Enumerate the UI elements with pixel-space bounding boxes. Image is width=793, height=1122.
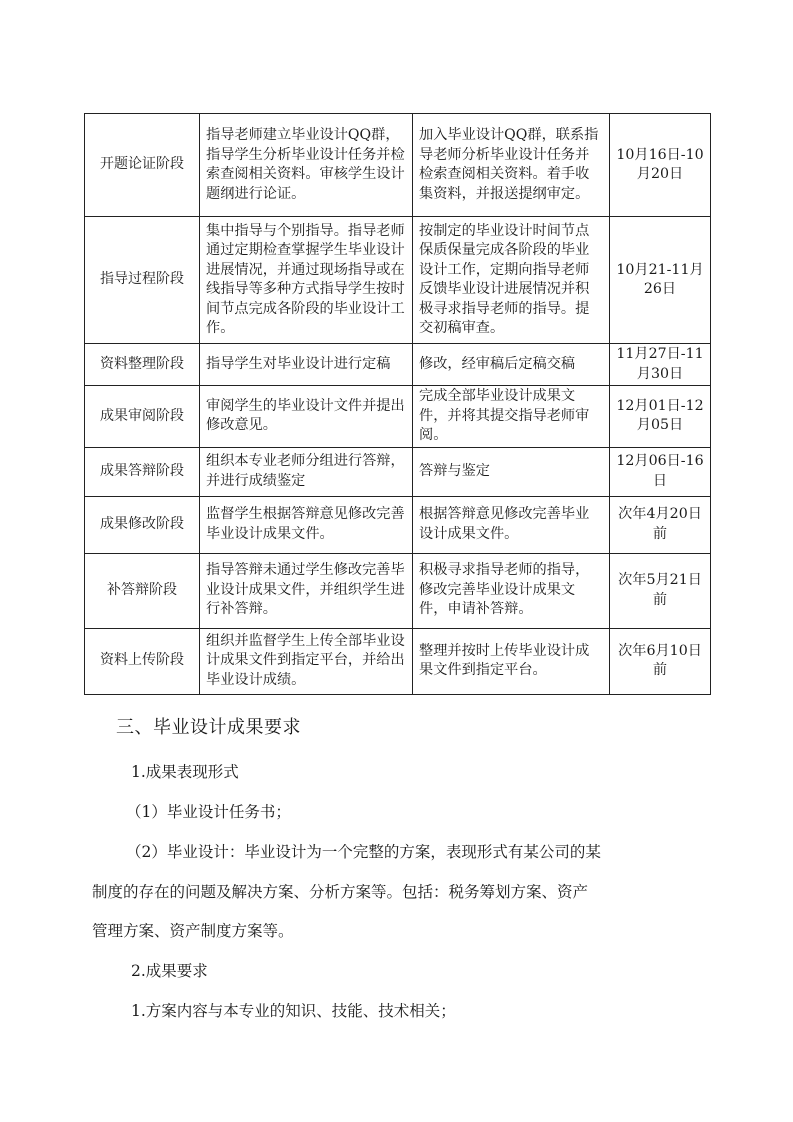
section-heading: 三、毕业设计成果要求 <box>116 713 301 739</box>
table-row: 资料上传阶段 组织并监督学生上传全部毕业设计成果文件到指定平台，并给出毕业设计成… <box>85 628 711 694</box>
table-row: 成果修改阶段 监督学生根据答辩意见修改完善毕业设计成果文件。 根据答辩意见修改完… <box>85 496 711 553</box>
student-task-cell: 修改，经审稿后定稿交稿 <box>413 344 610 386</box>
stage-cell: 指导过程阶段 <box>85 217 200 344</box>
stage-cell: 成果修改阶段 <box>85 496 200 553</box>
stage-cell: 成果审阅阶段 <box>85 386 200 448</box>
table-row: 补答辩阶段 指导答辩未通过学生修改完善毕业设计成果文件，并组织学生进行补答辩。 … <box>85 553 711 628</box>
time-cell: 次年4月20日前 <box>610 496 711 553</box>
time-cell: 次年5月21日前 <box>610 553 711 628</box>
stage-cell: 补答辩阶段 <box>85 553 200 628</box>
time-cell: 12月01日-12月05日 <box>610 386 711 448</box>
teacher-task-cell: 监督学生根据答辩意见修改完善毕业设计成果文件。 <box>200 496 413 553</box>
schedule-table: 开题论证阶段 指导老师建立毕业设计QQ群，指导学生分析毕业设计任务并检索查阅相关… <box>84 113 711 695</box>
table-row: 资料整理阶段 指导学生对毕业设计进行定稿 修改，经审稿后定稿交稿 11月27日-… <box>85 344 711 386</box>
student-task-cell: 加入毕业设计QQ群，联系指导老师分析毕业设计任务并检索查阅相关资料。着手收集资料… <box>413 114 610 217</box>
teacher-task-cell: 组织本专业老师分组进行答辩，并进行成绩鉴定 <box>200 447 413 496</box>
paragraph-item2-line1: （2）毕业设计：毕业设计为一个完整的方案，表现形式有某公司的某 <box>126 842 601 862</box>
time-cell: 12月06日-16日 <box>610 447 711 496</box>
teacher-task-cell: 指导学生对毕业设计进行定稿 <box>200 344 413 386</box>
paragraph-item1: （1）毕业设计任务书； <box>126 802 291 822</box>
student-task-cell: 根据答辩意见修改完善毕业设计成果文件。 <box>413 496 610 553</box>
teacher-task-cell: 指导答辩未通过学生修改完善毕业设计成果文件，并组织学生进行补答辩。 <box>200 553 413 628</box>
time-cell: 11月27日-11月30日 <box>610 344 711 386</box>
student-task-cell: 按制定的毕业设计时间节点保质保量完成各阶段的毕业设计工作，定期向指导老师反馈毕业… <box>413 217 610 344</box>
time-cell: 10月16日-10月20日 <box>610 114 711 217</box>
table-row: 成果审阅阶段 审阅学生的毕业设计文件并提出修改意见。 完成全部毕业设计成果文件，… <box>85 386 711 448</box>
student-task-cell: 积极寻求指导老师的指导，修改完善毕业设计成果文件，申请补答辩。 <box>413 553 610 628</box>
subheading-requirements: 2.成果要求 <box>131 961 208 981</box>
time-cell: 次年6月10日前 <box>610 628 711 694</box>
student-task-cell: 答辩与鉴定 <box>413 447 610 496</box>
stage-cell: 开题论证阶段 <box>85 114 200 217</box>
time-cell: 10月21-11月26日 <box>610 217 711 344</box>
stage-cell: 资料上传阶段 <box>85 628 200 694</box>
table-row: 开题论证阶段 指导老师建立毕业设计QQ群，指导学生分析毕业设计任务并检索查阅相关… <box>85 114 711 217</box>
table-row: 指导过程阶段 集中指导与个别指导。指导老师通过定期检查掌握学生毕业设计进展情况，… <box>85 217 711 344</box>
paragraph-requirement1: 1.方案内容与本专业的知识、技能、技术相关； <box>131 1001 456 1021</box>
teacher-task-cell: 审阅学生的毕业设计文件并提出修改意见。 <box>200 386 413 448</box>
paragraph-item2-line2: 制度的存在的问题及解决方案、分析方案等。包括：税务筹划方案、资产 <box>92 882 588 902</box>
paragraph-item2-line3: 管理方案、资产制度方案等。 <box>92 921 294 941</box>
subheading-form: 1.成果表现形式 <box>131 762 239 782</box>
teacher-task-cell: 集中指导与个别指导。指导老师通过定期检查掌握学生毕业设计进展情况，并通过现场指导… <box>200 217 413 344</box>
teacher-task-cell: 指导老师建立毕业设计QQ群，指导学生分析毕业设计任务并检索查阅相关资料。审核学生… <box>200 114 413 217</box>
teacher-task-cell: 组织并监督学生上传全部毕业设计成果文件到指定平台，并给出毕业设计成绩。 <box>200 628 413 694</box>
student-task-cell: 整理并按时上传毕业设计成果文件到指定平台。 <box>413 628 610 694</box>
table-row: 成果答辩阶段 组织本专业老师分组进行答辩，并进行成绩鉴定 答辩与鉴定 12月06… <box>85 447 711 496</box>
student-task-cell: 完成全部毕业设计成果文件，并将其提交指导老师审阅。 <box>413 386 610 448</box>
stage-cell: 资料整理阶段 <box>85 344 200 386</box>
stage-cell: 成果答辩阶段 <box>85 447 200 496</box>
